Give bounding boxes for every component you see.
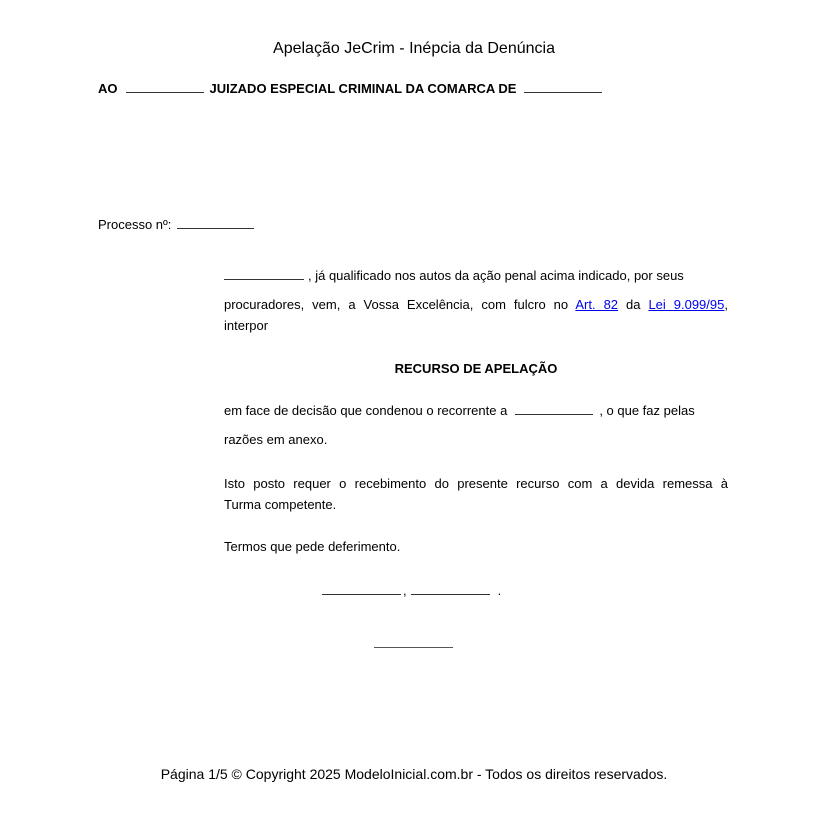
addressee-prefix: AO bbox=[98, 81, 118, 96]
paragraph3-line1: Isto posto requer o recebimento do prese… bbox=[224, 476, 728, 491]
paragraph2-text-after: , o que faz pelas bbox=[599, 403, 694, 418]
paragraph1-line2-text: procuradores, vem, a Vossa Excelência, c… bbox=[224, 297, 575, 312]
blank-field-date bbox=[411, 583, 490, 595]
date-separator: , bbox=[403, 583, 407, 598]
page-footer: Página 1/5 © Copyright 2025 ModeloInicia… bbox=[0, 766, 828, 782]
paragraph1-line1-text: , já qualificado nos autos da ação penal… bbox=[308, 268, 684, 283]
paragraph1-line1: , já qualificado nos autos da ação penal… bbox=[224, 268, 684, 283]
paragraph2-text-before: em face de decisão que condenou o recorr… bbox=[224, 403, 507, 418]
date-end-period: . bbox=[498, 583, 502, 598]
paragraph2-line1: em face de decisão que condenou o recorr… bbox=[224, 403, 728, 418]
appeal-heading: RECURSO DE APELAÇÃO bbox=[224, 361, 728, 376]
blank-field-process-number bbox=[177, 217, 254, 229]
closing-text: Termos que pede deferimento. bbox=[224, 539, 400, 554]
addressee-line: AOJUIZADO ESPECIAL CRIMINAL DA COMARCA D… bbox=[98, 81, 608, 96]
link-art-82[interactable]: Art. 82 bbox=[575, 297, 618, 312]
blank-field-appellant bbox=[224, 268, 304, 280]
paragraph2-line2: razões em anexo. bbox=[224, 432, 327, 447]
blank-field-place bbox=[322, 583, 401, 595]
signature-line bbox=[374, 637, 453, 648]
document-title: Apelação JeCrim - Inépcia da Denúncia bbox=[0, 40, 828, 58]
paragraph3-line2: Turma competente. bbox=[224, 497, 336, 512]
date-place-line: ,. bbox=[322, 583, 501, 598]
process-number-line: Processo nº: bbox=[98, 217, 254, 232]
process-label: Processo nº: bbox=[98, 217, 171, 232]
paragraph1-line2-comma: , bbox=[724, 297, 728, 312]
link-lei-9099[interactable]: Lei 9.099/95 bbox=[648, 297, 724, 312]
paragraph1-line3: interpor bbox=[224, 318, 268, 333]
paragraph1-line2-between: da bbox=[618, 297, 648, 312]
addressee-court: JUIZADO ESPECIAL CRIMINAL DA COMARCA DE bbox=[210, 81, 517, 96]
blank-field-court-number bbox=[126, 81, 204, 93]
blank-field-sentence bbox=[515, 403, 593, 415]
blank-field-district bbox=[524, 81, 602, 93]
paragraph1-line2: procuradores, vem, a Vossa Excelência, c… bbox=[224, 297, 728, 312]
